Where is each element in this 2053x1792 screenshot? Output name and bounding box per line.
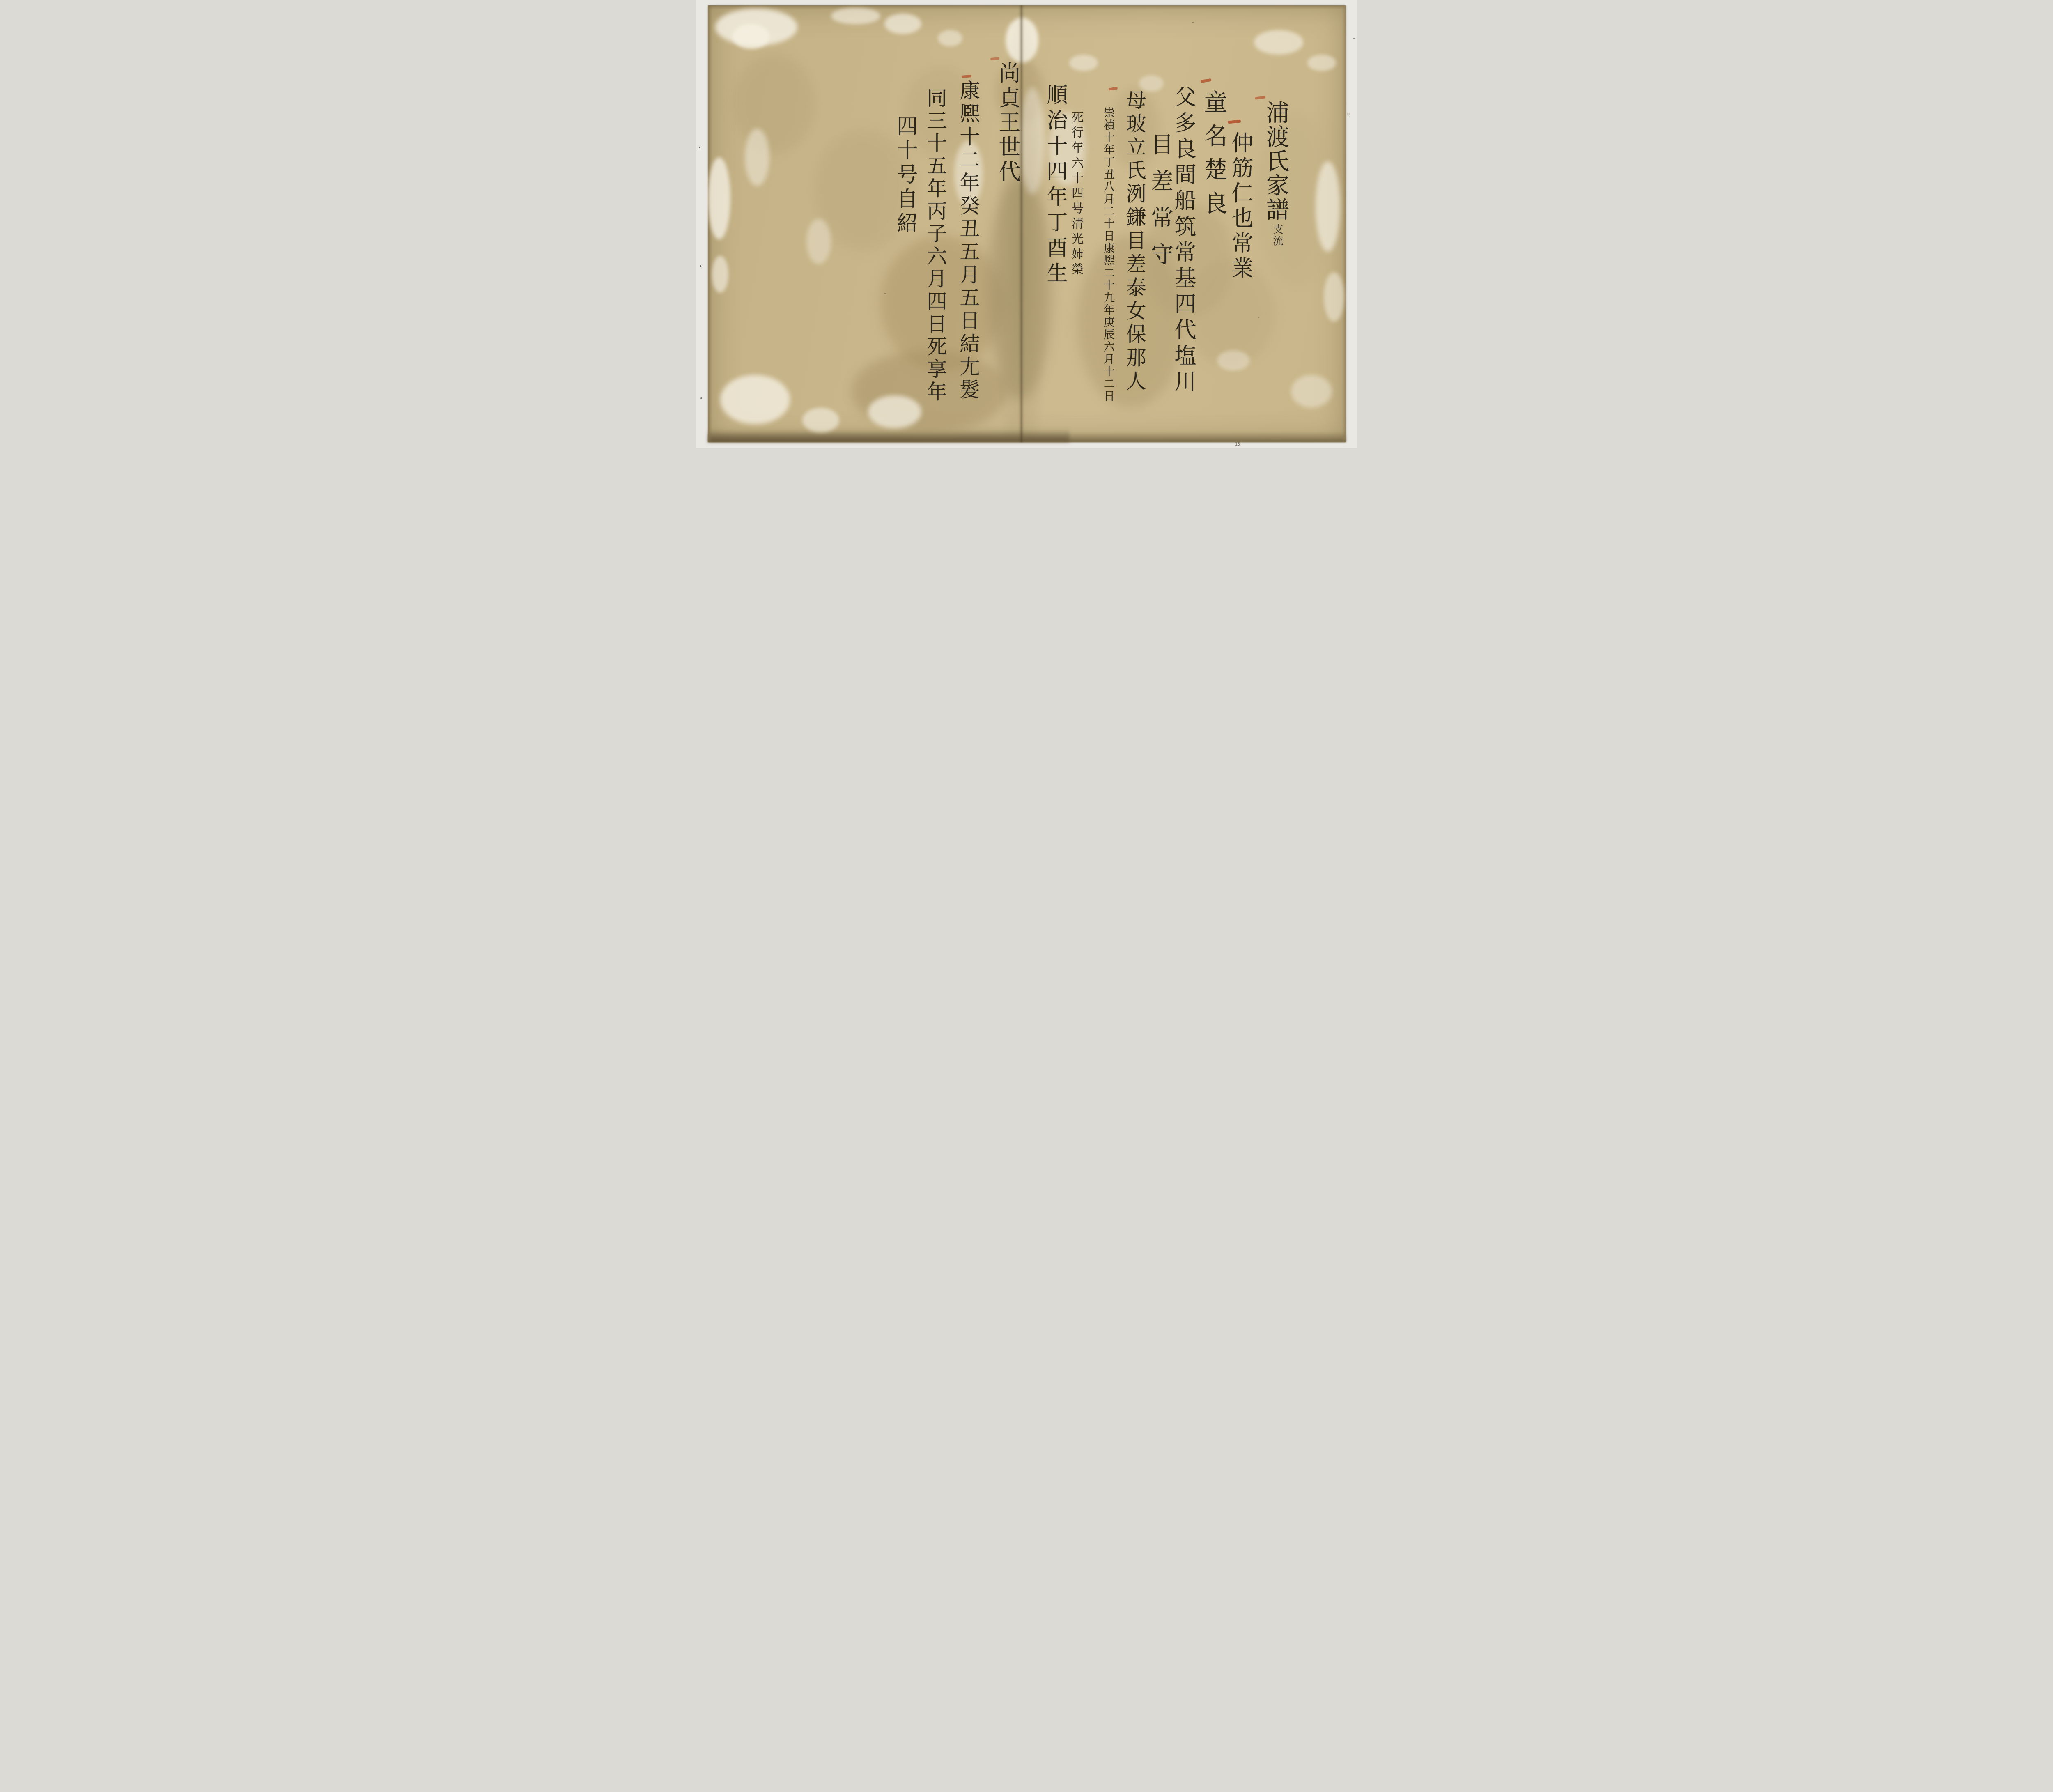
column-birth-line: 順治十四年丁酉生 [1044, 84, 1065, 287]
column-death-age-line: 死行年六十四号清光姉榮 [1070, 111, 1082, 278]
paper-speck [1110, 219, 1111, 220]
column-hair-ceremony-line: 康熈十二年癸丑五月五日結尢髮 [958, 80, 978, 402]
column-father-line: 父多良間船筑常基四代塩川 [1172, 85, 1194, 396]
vermilion-mark [1228, 120, 1241, 124]
margin-speck [700, 397, 702, 399]
stain [745, 129, 769, 186]
paper-sheet: 浦渡氏家譜 支流 仲筋仁也常業 童名楚良 父多良間船筑常基四代塩川 目差常守 母… [708, 5, 1346, 442]
margin-speck [1353, 38, 1355, 39]
column-title: 浦渡氏家譜 [1264, 101, 1287, 222]
margin-speck [699, 147, 700, 148]
vermilion-mark [962, 75, 971, 78]
stain [1324, 272, 1344, 322]
stain [938, 30, 962, 46]
stain [1217, 350, 1250, 371]
pencil-mark-bottom-right: 15 [1235, 442, 1240, 447]
column-dates-line: 崇禎十年丁丑八月二十日康熈二十九年庚辰六月十二日 [1102, 107, 1114, 402]
margin-speck [700, 265, 701, 267]
stain [1307, 55, 1336, 71]
paper-speck [1258, 317, 1259, 318]
stain [708, 157, 730, 239]
vermilion-mark [1109, 87, 1118, 90]
column-mother-line: 母玻立氏洌鎌目差泰女保那人 [1125, 90, 1145, 394]
stain [720, 375, 790, 424]
stain [884, 14, 921, 34]
column-death-line: 同三十五年丙子六月四日死享年 [925, 87, 946, 404]
stain [831, 8, 880, 24]
stain [868, 395, 921, 428]
stain [1069, 55, 1098, 71]
vermilion-mark [1201, 78, 1212, 83]
scanned-manuscript-page: 浦渡氏家譜 支流 仲筋仁也常業 童名楚良 父多良間船筑常基四代塩川 目差常守 母… [696, 0, 1357, 448]
column-title-branch: 支流 [1272, 224, 1282, 247]
paper-speck [884, 293, 886, 294]
column-childhood-name: 童名楚良 [1202, 90, 1225, 225]
stain [708, 5, 713, 442]
column-posthumous-line: 四十号自紹 [894, 115, 915, 236]
column-mezashi-line: 目差常守 [1149, 133, 1171, 279]
stain [733, 24, 769, 49]
column-era-line: 尚貞王世代 [997, 62, 1018, 185]
vermilion-mark [1255, 96, 1266, 100]
paper-speck [1192, 22, 1194, 23]
stain [715, 9, 797, 46]
stain [802, 408, 839, 432]
stain [1254, 30, 1303, 55]
stain [712, 256, 728, 293]
stain [1291, 375, 1332, 408]
stain [1316, 161, 1340, 252]
pencil-mark-right-edge: 04 [1346, 113, 1350, 117]
column-subject-name: 仲筋仁也常業 [1229, 131, 1251, 282]
stain [1342, 5, 1346, 442]
stain [733, 55, 815, 153]
stain [806, 219, 831, 264]
stain [1139, 75, 1164, 92]
